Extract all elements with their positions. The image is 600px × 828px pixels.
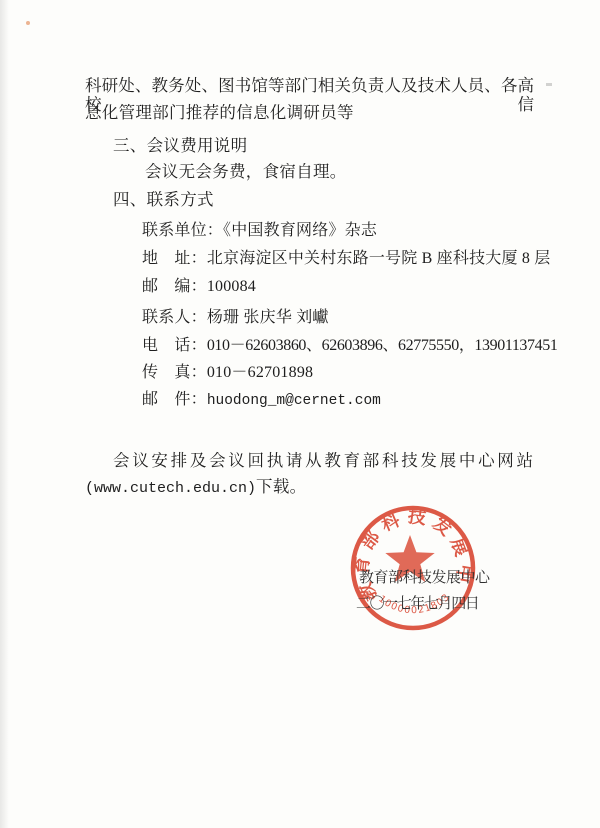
closing-paragraph-line1: 会议安排及会议回执请从教育部科技发展中心网站	[113, 452, 533, 471]
scan-speck	[26, 21, 30, 25]
section-heading-fee: 三、会议费用说明	[113, 137, 247, 156]
contact-value: 100084	[207, 278, 256, 295]
scanned-document-page: 科研处、教务处、图书馆等部门相关负责人及技术人员、各高校信 息化管理部门推荐的信…	[0, 0, 600, 828]
section-fee-body: 会议无会务费，食宿自理。	[145, 163, 347, 182]
signature-date: 二〇一七年七月四日	[356, 596, 478, 613]
contact-row-email: 邮 件：huodong_m@cernet.com	[142, 391, 381, 410]
contact-value: 北京海淀区中关村东路一号院 B 座科技大厦 8 层	[207, 250, 551, 267]
closing-suffix: 下载。	[256, 477, 306, 496]
contact-value: 《中国教育网络》杂志	[223, 222, 377, 239]
contact-row-unit: 联系单位：《中国教育网络》杂志	[142, 222, 377, 240]
contact-label: 联系人：	[142, 309, 207, 326]
contact-value: 010－62701898	[207, 364, 313, 381]
scan-speck	[546, 83, 552, 86]
contact-value: 010－62603860、62603896、62775550，139011374…	[207, 337, 558, 354]
signature-organization: 教育部科技发展中心	[359, 570, 490, 587]
contact-row-address: 地 址：北京海淀区中关村东路一号院 B 座科技大厦 8 层	[142, 250, 551, 268]
contact-value: 杨珊 张庆华 刘巘	[207, 309, 329, 326]
contact-label: 邮 编：	[142, 278, 207, 295]
contact-label: 地 址：	[142, 250, 207, 267]
contact-label: 电 话：	[142, 337, 207, 354]
contact-label: 联系单位：	[142, 222, 223, 239]
contact-label: 邮 件：	[142, 391, 207, 408]
paragraph-attendees-line2: 息化管理部门推荐的信息化调研员等	[85, 104, 354, 123]
section-heading-contact: 四、联系方式	[113, 191, 214, 210]
contact-row-persons: 联系人：杨珊 张庆华 刘巘	[142, 309, 329, 327]
contact-label: 传 真：	[142, 364, 207, 381]
contact-email-value: huodong_m@cernet.com	[207, 393, 381, 409]
contact-row-phone: 电 话：010－62603860、62603896、62775550，13901…	[142, 337, 557, 355]
download-url: (www.cutech.edu.cn)	[85, 480, 256, 497]
contact-row-zipcode: 邮 编：100084	[142, 278, 256, 296]
contact-row-fax: 传 真：010－62701898	[142, 364, 313, 382]
closing-paragraph-line2: (www.cutech.edu.cn)下载。	[85, 478, 306, 497]
scan-edge-shadow	[0, 0, 9, 828]
